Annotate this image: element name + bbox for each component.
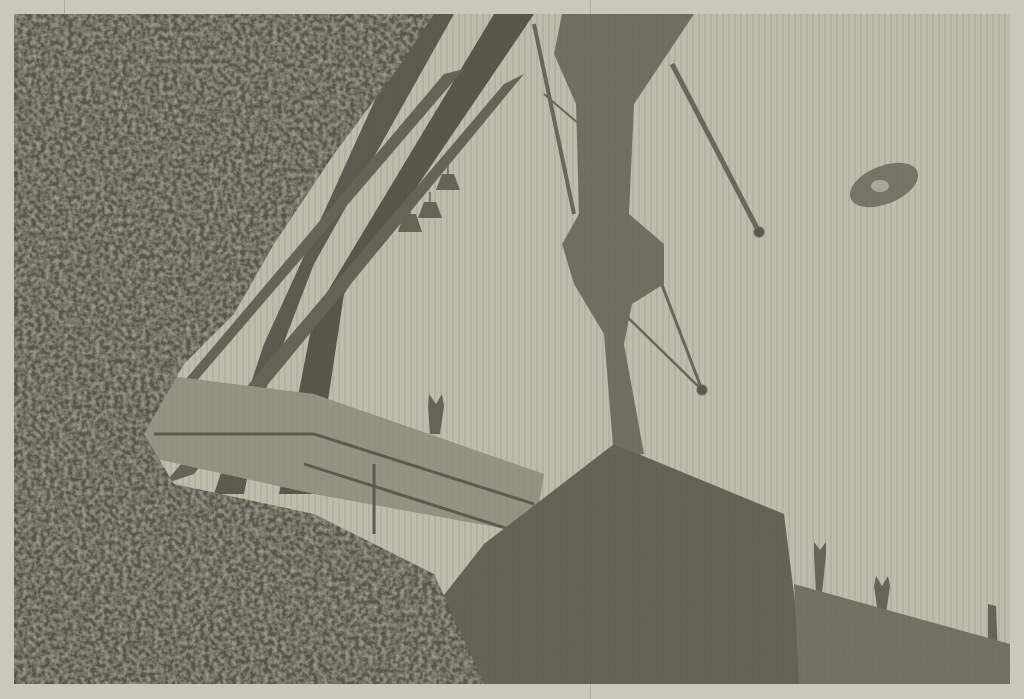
halftone-photo (14, 14, 1010, 684)
paper-crease (590, 0, 591, 14)
paper-crease (64, 0, 65, 14)
newspaper-page (0, 0, 1024, 699)
halftone-overlay (14, 14, 1010, 684)
paper-crease (590, 684, 591, 699)
